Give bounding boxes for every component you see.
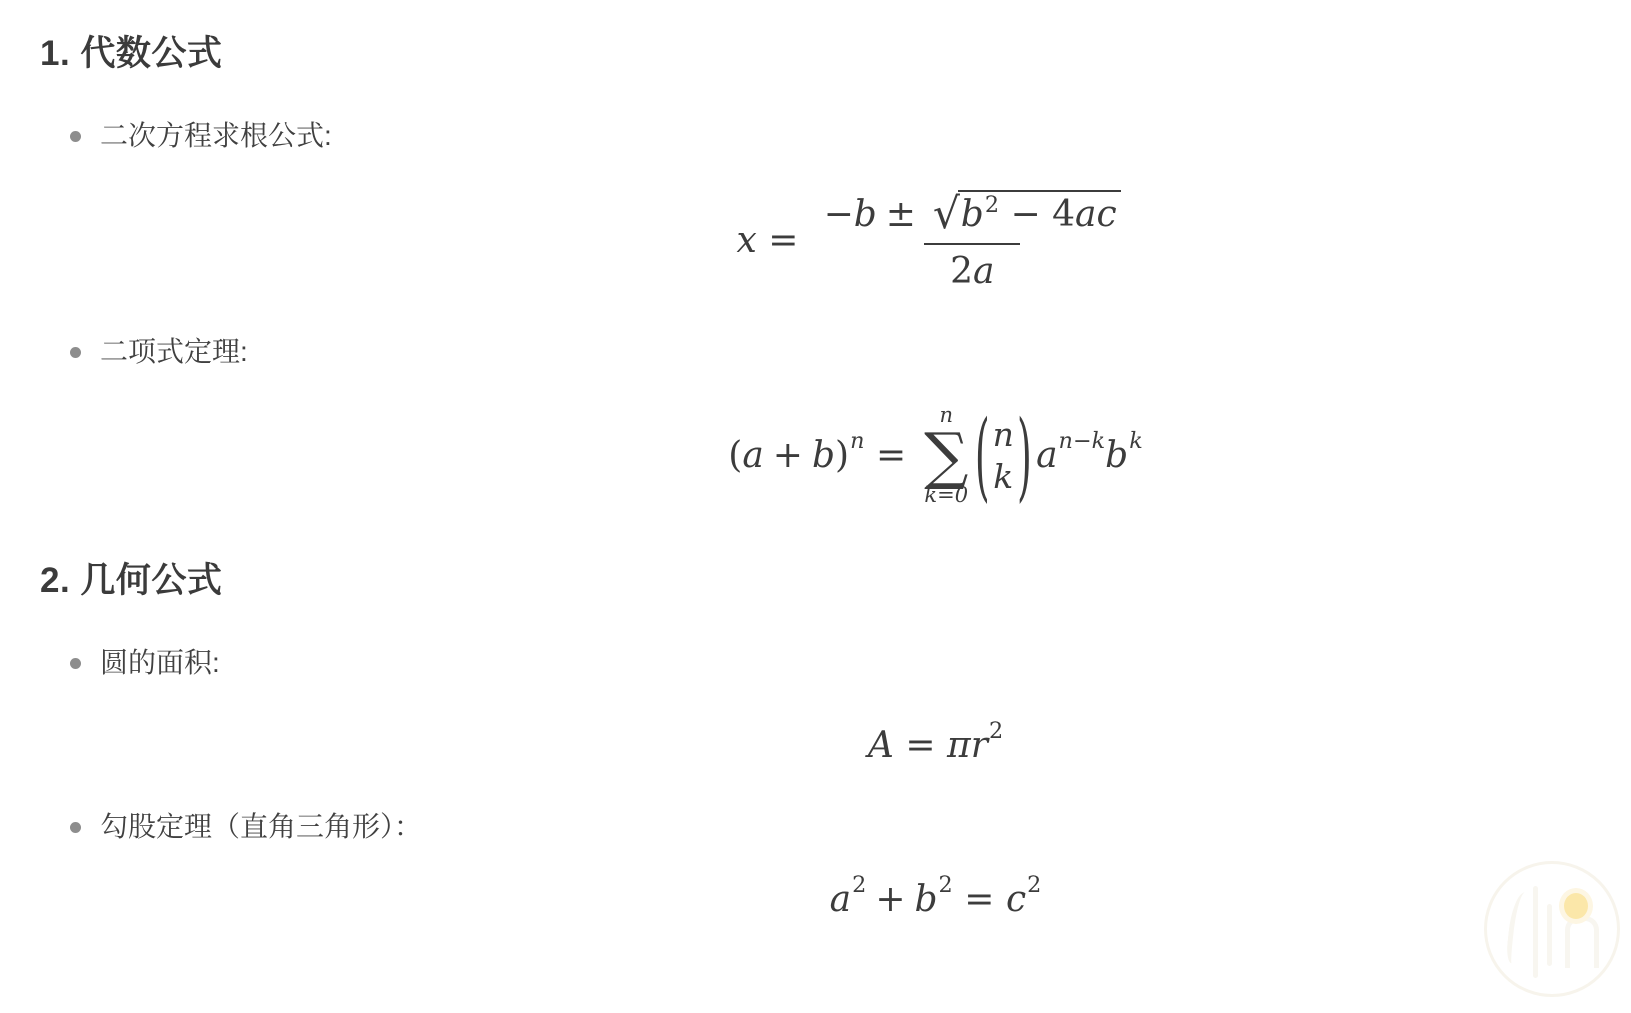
radical-sign-icon: √ bbox=[933, 194, 960, 236]
big-paren-right-icon: ) bbox=[1017, 407, 1032, 504]
math-var: a bbox=[1036, 435, 1057, 476]
math-var: b bbox=[915, 879, 938, 920]
fraction-denominator: 2a bbox=[924, 243, 1020, 292]
binomial-label: 二项式定理: bbox=[100, 336, 248, 367]
math-op: − bbox=[824, 194, 854, 235]
list-item: 圆的面积: A = πr2 bbox=[40, 645, 1631, 766]
heading-algebra: 1. 代数公式 bbox=[40, 26, 1631, 76]
math-equals: = bbox=[905, 725, 935, 766]
math-var: r bbox=[971, 725, 988, 766]
math-equals: = bbox=[876, 435, 906, 476]
math-summation: n ∑ k=0 bbox=[924, 404, 968, 507]
math-exponent: 2 bbox=[939, 873, 953, 899]
math-equals: = bbox=[768, 220, 798, 261]
math-radical: √ b2 − 4ac bbox=[933, 190, 1121, 236]
math-fraction: −b ± √ b2 − 4ac 2a bbox=[814, 190, 1131, 292]
math-exponent: n−k bbox=[1059, 429, 1106, 455]
quadratic-label: 二次方程求根公式: bbox=[100, 120, 332, 151]
math-var: a bbox=[973, 251, 994, 292]
math-plus: + bbox=[773, 435, 803, 476]
math-exponent: 2 bbox=[852, 873, 866, 899]
math-exponent: n bbox=[850, 429, 864, 455]
math-pi: π bbox=[947, 725, 971, 766]
list-item: 勾股定理（直角三角形）： a2 + b2 = c2 bbox=[40, 809, 1631, 920]
math-paren: ( bbox=[728, 435, 742, 476]
math-var: b bbox=[1105, 435, 1128, 476]
list-item: 二次方程求根公式: x = −b ± √ b2 − 4ac bbox=[40, 118, 1631, 292]
heading-geometry: 2. 几何公式 bbox=[40, 553, 1631, 603]
formula-pythagorean: a2 + b2 = c2 bbox=[100, 879, 1631, 920]
math-var: b bbox=[812, 435, 835, 476]
big-paren-left-icon: ( bbox=[975, 407, 990, 504]
bullet-dot-icon bbox=[70, 131, 81, 142]
math-plusminus: ± bbox=[886, 194, 916, 235]
pythagorean-label: 勾股定理（直角三角形）： bbox=[100, 811, 422, 842]
bullet-dot-icon bbox=[70, 658, 81, 669]
sigma-icon: ∑ bbox=[924, 427, 968, 484]
document-body: 1. 代数公式 二次方程求根公式: x = −b ± √ b2 − 4ac bbox=[0, 0, 1631, 920]
math-var: A bbox=[868, 725, 894, 766]
math-var: ac bbox=[1075, 194, 1117, 235]
math-num: 4 bbox=[1052, 194, 1075, 235]
bullet-dot-icon bbox=[70, 822, 81, 833]
circle-area-label: 圆的面积: bbox=[100, 647, 220, 678]
math-equals: = bbox=[964, 879, 994, 920]
math-exponent: 2 bbox=[1027, 873, 1041, 899]
bullet-dot-icon bbox=[70, 347, 81, 358]
binom-stack: n k bbox=[993, 414, 1014, 497]
radicand: b2 − 4ac bbox=[958, 190, 1121, 236]
math-plus: + bbox=[875, 879, 905, 920]
math-var: c bbox=[1006, 879, 1026, 920]
math-paren: ) bbox=[835, 435, 849, 476]
math-op: − bbox=[999, 194, 1052, 235]
sum-lower-limit: k=0 bbox=[924, 484, 968, 507]
math-exponent: k bbox=[1129, 429, 1143, 455]
watermark-stroke bbox=[1565, 916, 1599, 968]
math-binomial-coefficient: ( n k ) bbox=[975, 414, 1032, 497]
math-var: b bbox=[961, 194, 984, 235]
formula-circle-area: A = πr2 bbox=[100, 725, 1631, 766]
math-exponent: 2 bbox=[985, 192, 999, 218]
math-var: a bbox=[830, 879, 851, 920]
fraction-numerator: −b ± √ b2 − 4ac bbox=[814, 190, 1131, 243]
math-var: b bbox=[854, 194, 877, 235]
algebra-list: 二次方程求根公式: x = −b ± √ b2 − 4ac bbox=[40, 118, 1631, 507]
math-var: a bbox=[742, 435, 763, 476]
binom-top: n bbox=[993, 414, 1014, 455]
math-num: 2 bbox=[950, 251, 973, 292]
list-item: 二项式定理: (a+b)n = n ∑ k=0 ( n k ) an−k bbox=[40, 334, 1631, 507]
formula-quadratic: x = −b ± √ b2 − 4ac 2a bbox=[100, 190, 1631, 292]
math-var: x bbox=[736, 220, 756, 261]
binom-bottom: k bbox=[993, 456, 1013, 497]
formula-binomial: (a+b)n = n ∑ k=0 ( n k ) an−kbk bbox=[100, 404, 1631, 507]
math-exponent: 2 bbox=[989, 719, 1003, 745]
geometry-list: 圆的面积: A = πr2 勾股定理（直角三角形）： a2 + b2 = c2 bbox=[40, 645, 1631, 920]
